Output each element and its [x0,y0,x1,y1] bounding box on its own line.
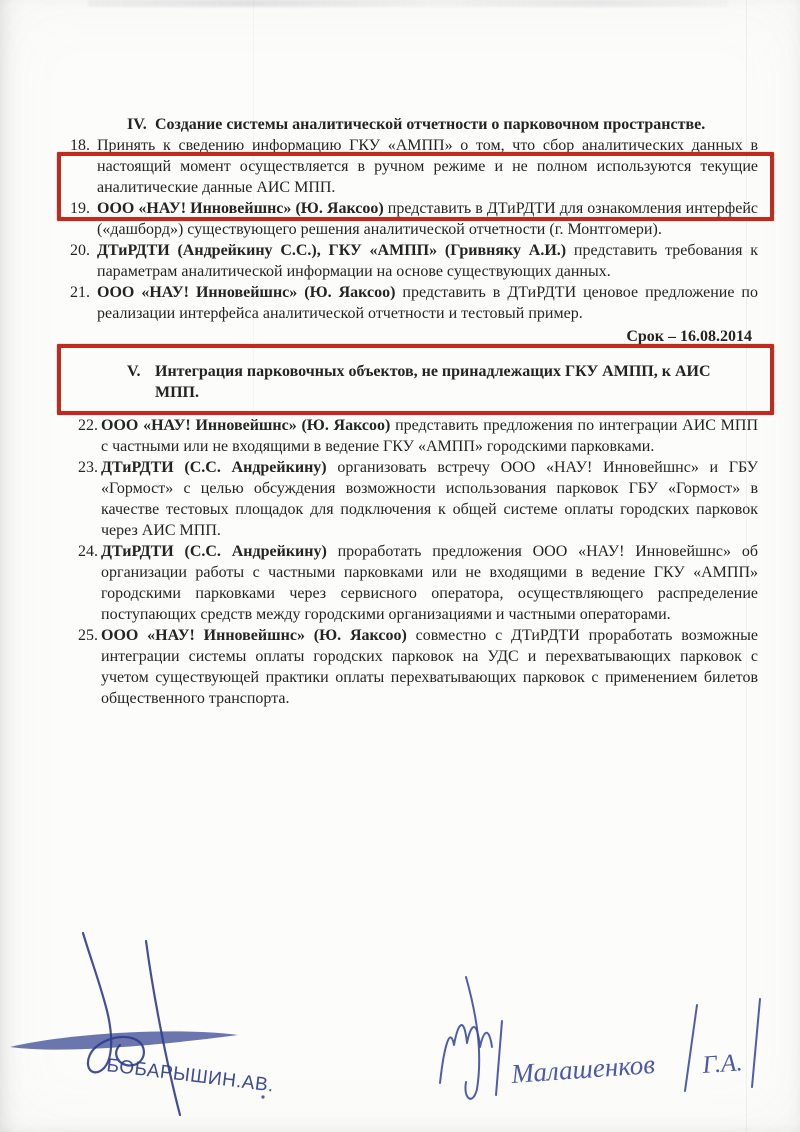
document-body: IV. Создание системы аналитической отчет… [70,114,758,709]
section-number: V. [127,361,141,382]
list-item-18: 18. Принять к сведению информацию ГКУ «А… [70,135,758,198]
signature-stroke [146,941,180,1115]
deadline-line: Срок – 16.08.2014 [70,326,758,347]
signature-left-name: БОБАРЫШИН.АВ. [105,1055,275,1096]
section-number: IV. [127,114,147,135]
signature-stroke [83,933,144,1072]
signature-strike [10,1031,238,1049]
list-item-23: 23. ДТиРДТИ (С.С. Андрейкину) организова… [70,457,758,541]
section-heading-iv: IV. Создание системы аналитической отчет… [127,114,727,135]
item-number: 22. [78,415,98,436]
section-title: Интеграция парковочных объектов, не прин… [155,363,711,401]
item-lead: ДТиРДТИ (Андрейкину С.С.), ГКУ «АМПП» (Г… [97,242,566,259]
item-number: 23. [78,457,98,478]
item-lead: ООО «НАУ! Инновейшнс» (Ю. Яаксоо) [101,627,407,644]
item-number: 18. [70,135,90,156]
section-title: Создание системы аналитической отчетност… [155,116,705,133]
section-heading-v: V. Интеграция парковочных объектов, не п… [127,361,747,403]
list-item-22: 22. ООО «НАУ! Инновейшнс» (Ю. Яаксоо) пр… [70,415,758,457]
signature-left: БОБАРЫШИН.АВ. [10,933,275,1115]
signature-right-name: Малашенков [509,1049,656,1089]
item-text: Принять к сведению информацию ГКУ «АМПП»… [97,137,758,196]
list-item-19: 19. ООО «НАУ! Инновейшнс» (Ю. Яаксоо) пр… [70,198,758,240]
list-item-24: 24. ДТиРДТИ (С.С. Андрейкину) проработат… [70,541,758,625]
signature-slash [496,1021,502,1095]
item-number: 21. [70,282,90,303]
item-lead: ДТиРДТИ (С.С. Андрейкину) [101,459,327,476]
signature-slash [752,999,760,1087]
item-number: 19. [70,198,90,219]
list-item-20: 20. ДТиРДТИ (Андрейкину С.С.), ГКУ «АМПП… [70,240,758,282]
signatures-area: БОБАРЫШИН.АВ. Малашенков Г.А. [0,875,800,1132]
scan-artifact-top-edge [88,0,728,7]
signature-dot [261,1095,264,1098]
item-lead: ООО «НАУ! Инновейшнс» (Ю. Яаксоо) [97,200,384,217]
list-item-25: 25. ООО «НАУ! Инновейшнс» (Ю. Яаксоо) со… [70,625,758,709]
item-number: 25. [78,625,98,646]
signature-right-initials: Г.А. [701,1049,744,1079]
scanned-document-page: IV. Создание системы аналитической отчет… [0,0,800,1132]
list-item-21: 21. ООО «НАУ! Инновейшнс» (Ю. Яаксоо) пр… [70,282,758,324]
item-number: 20. [70,240,90,261]
item-number: 24. [78,541,98,562]
signature-slash [685,1005,697,1091]
item-lead: ДТиРДТИ (С.С. Андрейкину) [101,543,327,560]
signature-right: Малашенков Г.А. [440,977,760,1099]
signature-stroke [440,1025,492,1083]
item-lead: ООО «НАУ! Инновейшнс» (Ю. Яаксоо) [101,417,390,434]
item-lead: ООО «НАУ! Инновейшнс» (Ю. Яаксоо) [97,284,395,301]
